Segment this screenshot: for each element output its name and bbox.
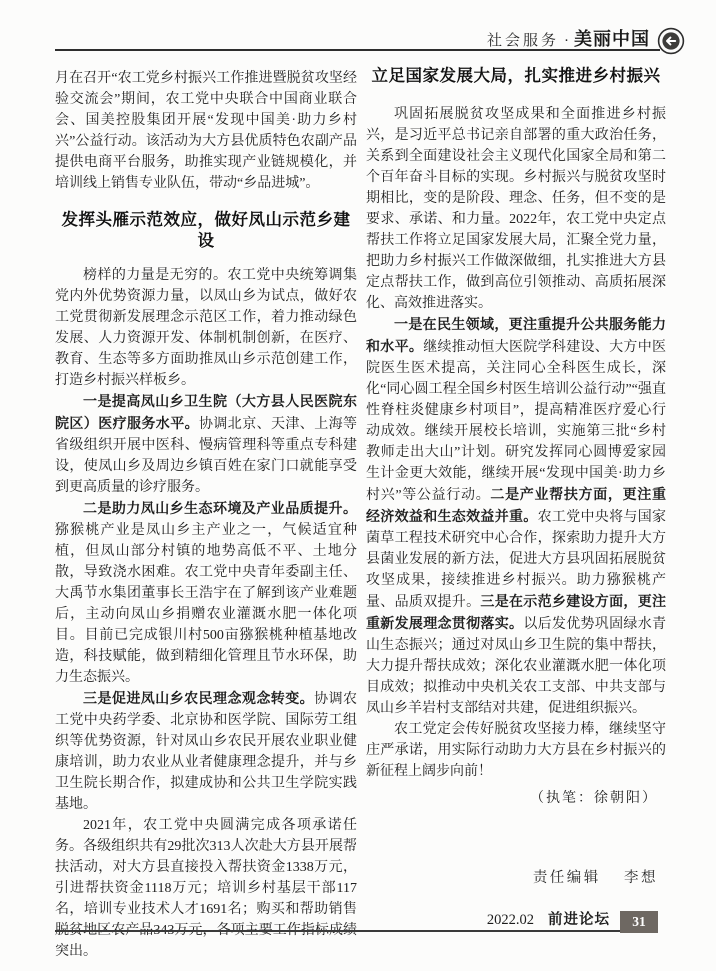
right-section-heading: 立足国家发展大局，扎实推进乡村振兴 (366, 66, 666, 87)
header-section-label: 社会服务 (487, 33, 559, 49)
article-left-column: 月在召开“农工党乡村振兴工作推进暨脱贫攻坚经验交流会”期间，农工党中央联合中国商… (55, 68, 357, 962)
paragraph: 二是助力凤山乡生态环境及产业品质提升。猕猴桃产业是凤山乡主产业之一，气候适宜种植… (55, 498, 357, 688)
paragraph: 榜样的力量是无穷的。农工党中央统筹调集党内外优势资源力量，以凤山乡为试点，做好农… (55, 265, 357, 391)
header-rule (55, 49, 660, 51)
header-channel-label: 美丽中国 (574, 29, 650, 49)
magazine-page: 社会服务·美丽中国 月在召开“农工党乡村振兴工作推进暨脱贫攻坚经验交流会”期间，… (0, 0, 716, 971)
byline: （执笔：徐朝阳） (366, 788, 666, 809)
editor-label: 责任编辑 (533, 870, 601, 886)
paragraph: 巩固拓展脱贫攻坚成果和全面推进乡村振兴，是习近平总书记亲自部署的重大政治任务，关… (366, 104, 666, 314)
header-separator: · (564, 33, 569, 49)
continued-paragraph: 月在召开“农工党乡村振兴工作推进暨脱贫攻坚经验交流会”期间，农工党中央联合中国商… (55, 68, 357, 194)
page-number-badge: 31 (620, 911, 658, 933)
editor-name: 李想 (624, 870, 658, 886)
page-footer: 2022.02前进论坛 31 (55, 909, 658, 933)
journal-name: 前进论坛 (548, 912, 610, 928)
editor-credit: 责任编辑李想 (366, 866, 658, 887)
footer-rule (55, 930, 621, 932)
issue-date: 2022.02 (487, 912, 534, 928)
paragraph: 农工党定会传好脱贫攻坚接力棒，继续坚守庄严承诺，用实际行动助力大方县在乡村振兴的… (366, 719, 666, 782)
footer-issue: 2022.02前进论坛 (487, 908, 610, 929)
article-right-column: 立足国家发展大局，扎实推进乡村振兴 巩固拓展脱贫攻坚成果和全面推进乡村振兴，是习… (366, 64, 666, 809)
paragraph: 一是提高凤山乡卫生院（大方县人民医院东院区）医疗服务水平。协调北京、天津、上海等… (55, 391, 357, 498)
paragraph: 2021年，农工党中央圆满完成各项承诺任务。各级组织共有29批次313人次赴大方… (55, 815, 357, 962)
paragraph: 三是促进凤山乡农民理念观念转变。协调农工党中央药学委、北京协和医学院、国际劳工组… (55, 688, 357, 815)
left-section-heading: 发挥头雁示范效应，做好凤山示范乡建设 (55, 210, 357, 252)
back-arrow-circle-icon (657, 27, 685, 55)
paragraph: 一是在民生领域，更注重提升公共服务能力和水平。继续推动恒大医院学科建设、大方中医… (366, 314, 666, 719)
